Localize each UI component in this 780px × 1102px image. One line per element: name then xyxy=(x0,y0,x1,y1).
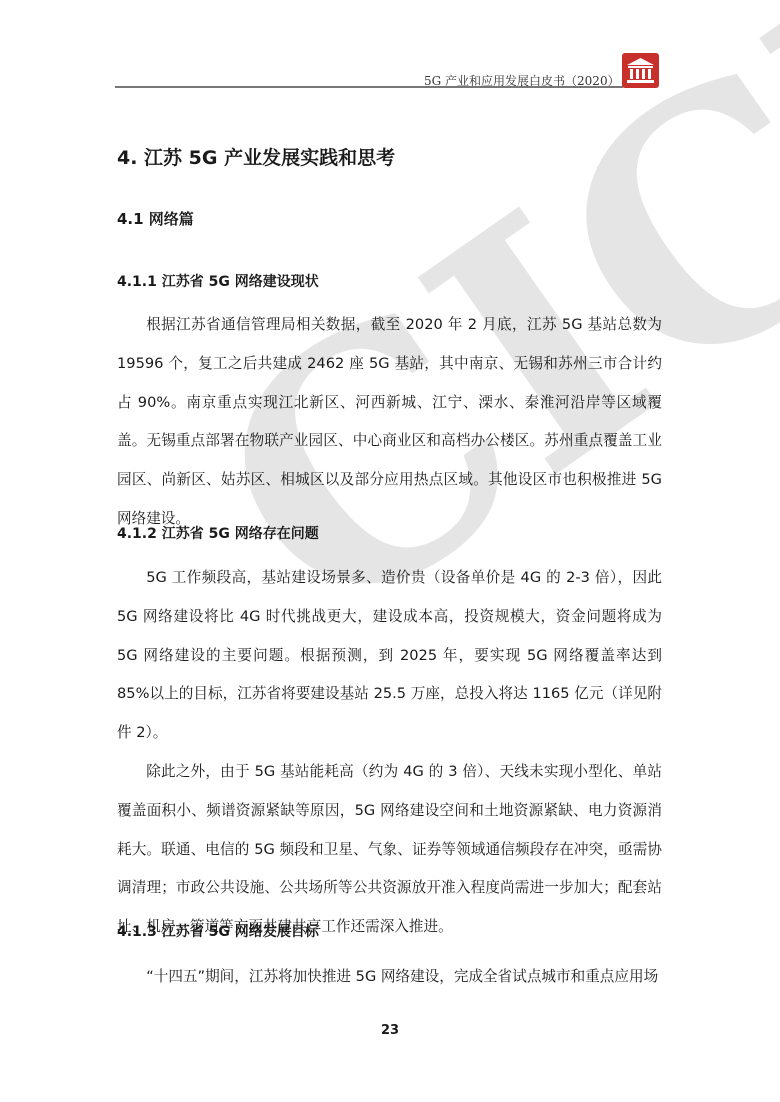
paragraph-text: 根据江苏省通信管理局相关数据，截至 2020 年 2 月底，江苏 5G 基站总数… xyxy=(117,306,662,539)
paragraph-4-1-1: 根据江苏省通信管理局相关数据，截至 2020 年 2 月底，江苏 5G 基站总数… xyxy=(117,306,662,539)
paragraph-4-1-2: 5G 工作频段高，基站建设场景多、造价贵（设备单价是 4G 的 2-3 倍），因… xyxy=(117,559,662,947)
header-rule xyxy=(115,86,623,88)
subsection-title-4-1-1: 4.1.1 江苏省 5G 网络建设现状 xyxy=(117,271,319,291)
subsection-title-4-1-2: 4.1.2 江苏省 5G 网络存在问题 xyxy=(117,523,319,543)
subsection-title-4-1-3: 4.1.3 江苏省 5G 网络发展目标 xyxy=(117,921,319,941)
page-number: 23 xyxy=(0,1023,780,1038)
paragraph-4-1-3: “十四五”期间，江苏将加快推进 5G 网络建设，完成全省试点城市和重点应用场 xyxy=(117,958,662,997)
section-title: 4.1 网络篇 xyxy=(117,208,194,229)
paragraph-text-1: 5G 工作频段高，基站建设场景多、造价贵（设备单价是 4G 的 2-3 倍），因… xyxy=(117,559,662,753)
chapter-title: 4. 江苏 5G 产业发展实践和思考 xyxy=(117,143,395,170)
paragraph-text: “十四五”期间，江苏将加快推进 5G 网络建设，完成全省试点城市和重点应用场 xyxy=(117,958,662,997)
paragraph-text-2: 除此之外，由于 5G 基站能耗高（约为 4G 的 3 倍）、天线未实现小型化、单… xyxy=(117,753,662,947)
building-icon xyxy=(626,57,655,84)
logo xyxy=(622,53,659,88)
